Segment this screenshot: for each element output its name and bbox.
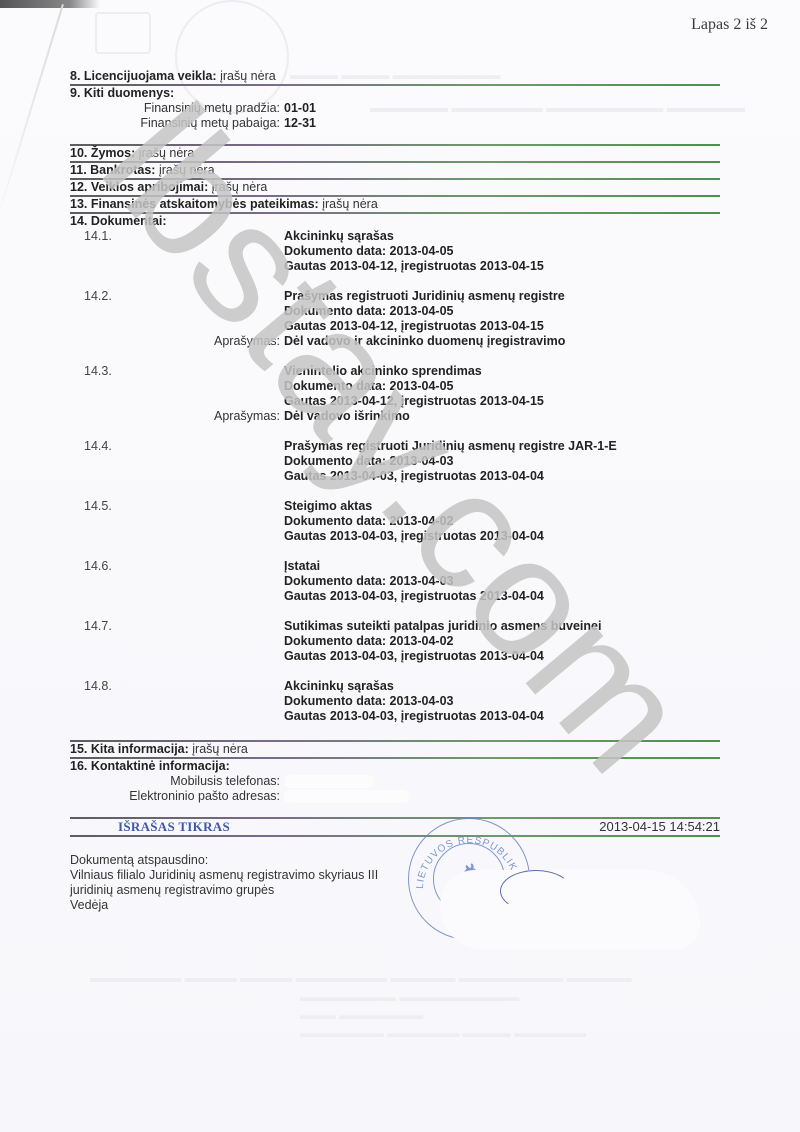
section-licensed-activity: 8. Licencijuojama veikla: įrašų nėra: [70, 69, 720, 84]
redacted-email: [284, 790, 409, 803]
document-number-text: 14.6.: [84, 559, 112, 574]
redacted-signature: [440, 870, 700, 950]
section-label: 16. Kontaktinė informacija:: [70, 759, 230, 773]
section-restrictions: 12. Veiklos apribojimai: įrašų nėra: [70, 180, 720, 195]
section-label: 11. Bankrotas:: [70, 163, 155, 177]
section-value: įrašų nėra: [159, 163, 215, 177]
field-label: Elektroninio pašto adresas:: [70, 789, 280, 804]
print-timestamp: 2013-04-15 14:54:21: [599, 819, 720, 834]
section-label: 9. Kiti duomenys:: [70, 86, 174, 100]
ghost-stamp-box: [95, 12, 151, 54]
section-documents: 14. Dokumentai:: [70, 214, 720, 229]
document-description: Aprašymas:Dėl vadovo išrinkimo: [70, 409, 720, 424]
signature-stroke: [500, 870, 572, 912]
contact-email: Elektroninio pašto adresas:: [70, 789, 720, 804]
document-description-value: Dėl vadovo ir akcininko duomenų įregistr…: [284, 334, 565, 349]
document-date-text: Dokumento data: 2013-04-03: [284, 574, 454, 589]
printed-by-line: Vedėja: [70, 898, 378, 913]
section-label: 15. Kita informacija:: [70, 742, 189, 756]
document-received-text: Gautas 2013-04-12, įregistruotas 2013-04…: [284, 259, 544, 274]
document-description-text: Aprašymas:: [70, 334, 280, 349]
certification-row: IŠRAŠAS TIKRAS 2013-04-15 14:54:21: [70, 819, 720, 834]
section-other-data: 9. Kiti duomenys:: [70, 86, 720, 101]
document-received: Gautas 2013-04-03, įregistruotas 2013-04…: [70, 709, 720, 724]
document-received: Gautas 2013-04-03, įregistruotas 2013-04…: [70, 649, 720, 664]
section-value: įrašų nėra: [192, 742, 248, 756]
section-value: įrašų nėra: [139, 146, 195, 160]
document-date-text: Dokumento data: 2013-04-05: [284, 244, 454, 259]
document-number: 14.6.Įstatai: [70, 559, 720, 574]
document-received-text: Gautas 2013-04-03, įregistruotas 2013-04…: [284, 469, 544, 484]
document-title: Įstatai: [284, 559, 320, 574]
document-title: Akcininkų sąrašas: [284, 679, 394, 694]
section-value: įrašų nėra: [212, 180, 268, 194]
document-received-text: Gautas 2013-04-03, įregistruotas 2013-04…: [284, 589, 544, 604]
document-number: 14.1.Akcininkų sąrašas: [70, 229, 720, 244]
document-title: Sutikimas suteikti patalpas juridinio as…: [284, 619, 601, 634]
document-received-text: Gautas 2013-04-03, įregistruotas 2013-04…: [284, 529, 544, 544]
section-marks: 10. Žymos: įrašų nėra: [70, 146, 720, 161]
document-date: Dokumento data: 2013-04-03: [70, 694, 720, 709]
document-received-text: Gautas 2013-04-03, įregistruotas 2013-04…: [284, 649, 544, 664]
page-indicator: Lapas 2 iš 2: [691, 16, 768, 34]
printed-by-line: Dokumentą atspausdino:: [70, 853, 378, 868]
section-label: 12. Veiklos apribojimai:: [70, 180, 208, 194]
document-received: Gautas 2013-04-03, įregistruotas 2013-04…: [70, 529, 720, 544]
document-received-text: Gautas 2013-04-12, įregistruotas 2013-04…: [284, 319, 544, 334]
section-label: 13. Finansinės atskaitomybės pateikimas:: [70, 197, 319, 211]
ghost-text: ▬▬▬▬▬▬▬ ▬▬▬▬ ▬▬▬▬ ▬▬▬▬▬▬▬ ▬▬▬▬▬ ▬▬▬▬▬▬▬▬…: [90, 970, 632, 985]
scan-page-edge: [0, 4, 64, 225]
document-number-text: 14.3.: [84, 364, 112, 379]
document-title: Vienintelio akcininko sprendimas: [284, 364, 482, 379]
document-date: Dokumento data: 2013-04-05: [70, 304, 720, 319]
document-number: 14.2.Prašymas registruoti Juridinių asme…: [70, 289, 720, 304]
document-number-text: 14.4.: [84, 439, 112, 454]
scan-corner-fold: [0, 0, 100, 8]
field-label: Finansinių metų pradžia:: [70, 101, 280, 116]
document-title: Akcininkų sąrašas: [284, 229, 394, 244]
fiscal-year-end: Finansinių metų pabaiga: 12-31: [70, 116, 720, 131]
document-date-text: Dokumento data: 2013-04-03: [284, 454, 454, 469]
document-description-value: Dėl vadovo išrinkimo: [284, 409, 410, 424]
section-label: 8. Licencijuojama veikla:: [70, 69, 217, 83]
document-page: ▬▬▬▬ ▬▬▬▬ ▬▬▬▬▬▬▬▬▬ ▬▬▬▬▬▬ ▬▬▬▬▬▬▬ ▬▬▬▬▬…: [0, 0, 800, 1132]
printed-by-line: Vilniaus filialo Juridinių asmenų regist…: [70, 868, 378, 883]
field-label: Finansinių metų pabaiga:: [70, 116, 280, 131]
section-financial-statements: 13. Finansinės atskaitomybės pateikimas:…: [70, 197, 720, 212]
section-bankruptcy: 11. Bankrotas: įrašų nėra: [70, 163, 720, 178]
document-number: 14.5.Steigimo aktas: [70, 499, 720, 514]
contact-mobile: Mobilusis telefonas:: [70, 774, 720, 789]
section-value: įrašų nėra: [322, 197, 378, 211]
section-other-info: 15. Kita informacija: įrašų nėra: [70, 742, 720, 757]
certified-copy-stamp: IŠRAŠAS TIKRAS: [118, 819, 230, 834]
printed-by-line: juridinių asmenų registravimo grupės: [70, 883, 378, 898]
field-label: Mobilusis telefonas:: [70, 774, 280, 789]
document-date-text: Dokumento data: 2013-04-05: [284, 379, 454, 394]
document-number-text: 14.1.: [84, 229, 112, 244]
document-number-text: 14.8.: [84, 679, 112, 694]
document-date: Dokumento data: 2013-04-03: [70, 574, 720, 589]
document-title: Prašymas registruoti Juridinių asmenų re…: [284, 439, 617, 454]
document-received-text: Gautas 2013-04-03, įregistruotas 2013-04…: [284, 709, 544, 724]
document-number: 14.3.Vienintelio akcininko sprendimas: [70, 364, 720, 379]
document-date-text: Dokumento data: 2013-04-02: [284, 634, 454, 649]
document-date: Dokumento data: 2013-04-02: [70, 634, 720, 649]
document-received: Gautas 2013-04-03, įregistruotas 2013-04…: [70, 469, 720, 484]
section-value: įrašų nėra: [220, 69, 276, 83]
section-label: 10. Žymos:: [70, 146, 135, 160]
section-label: 14. Dokumentai:: [70, 214, 167, 228]
document-received: Gautas 2013-04-12, įregistruotas 2013-04…: [70, 394, 720, 409]
document-title: Steigimo aktas: [284, 499, 372, 514]
printed-by-block: Dokumentą atspausdino: Vilniaus filialo …: [70, 853, 378, 913]
document-description: Aprašymas:Dėl vadovo ir akcininko duomen…: [70, 334, 720, 349]
document-received-text: Gautas 2013-04-12, įregistruotas 2013-04…: [284, 394, 544, 409]
divider: [70, 835, 720, 837]
document-number: 14.4.Prašymas registruoti Juridinių asme…: [70, 439, 720, 454]
document-received: Gautas 2013-04-12, įregistruotas 2013-04…: [70, 259, 720, 274]
redacted-phone: [284, 775, 374, 788]
document-number: 14.7.Sutikimas suteikti patalpas juridin…: [70, 619, 720, 634]
field-value: 01-01: [284, 101, 316, 116]
ghost-text: ▬▬▬ ▬▬▬▬▬▬▬: [300, 1008, 423, 1022]
section-contact: 16. Kontaktinė informacija:: [70, 759, 720, 774]
document-date-text: Dokumento data: 2013-04-03: [284, 694, 454, 709]
field-value: 12-31: [284, 116, 316, 131]
document-number-text: 14.2.: [84, 289, 112, 304]
document-number: 14.8.Akcininkų sąrašas: [70, 679, 720, 694]
ghost-text: ▬▬▬▬▬▬▬▬ ▬▬▬▬▬▬▬▬▬▬: [300, 990, 519, 1004]
document-number-text: 14.7.: [84, 619, 112, 634]
document-title: Prašymas registruoti Juridinių asmenų re…: [284, 289, 565, 304]
document-number-text: 14.5.: [84, 499, 112, 514]
document-date: Dokumento data: 2013-04-05: [70, 244, 720, 259]
document-date-text: Dokumento data: 2013-04-02: [284, 514, 454, 529]
document-received: Gautas 2013-04-12, įregistruotas 2013-04…: [70, 319, 720, 334]
ghost-text: ▬▬▬▬▬▬▬ ▬▬▬▬▬▬ ▬▬▬▬ ▬▬▬▬▬▬: [300, 1026, 586, 1040]
fiscal-year-start: Finansinių metų pradžia: 01-01: [70, 101, 720, 116]
document-date-text: Dokumento data: 2013-04-05: [284, 304, 454, 319]
document-date: Dokumento data: 2013-04-05: [70, 379, 720, 394]
document-received: Gautas 2013-04-03, įregistruotas 2013-04…: [70, 589, 720, 604]
document-date: Dokumento data: 2013-04-02: [70, 514, 720, 529]
document-date: Dokumento data: 2013-04-03: [70, 454, 720, 469]
document-description-text: Aprašymas:: [70, 409, 280, 424]
